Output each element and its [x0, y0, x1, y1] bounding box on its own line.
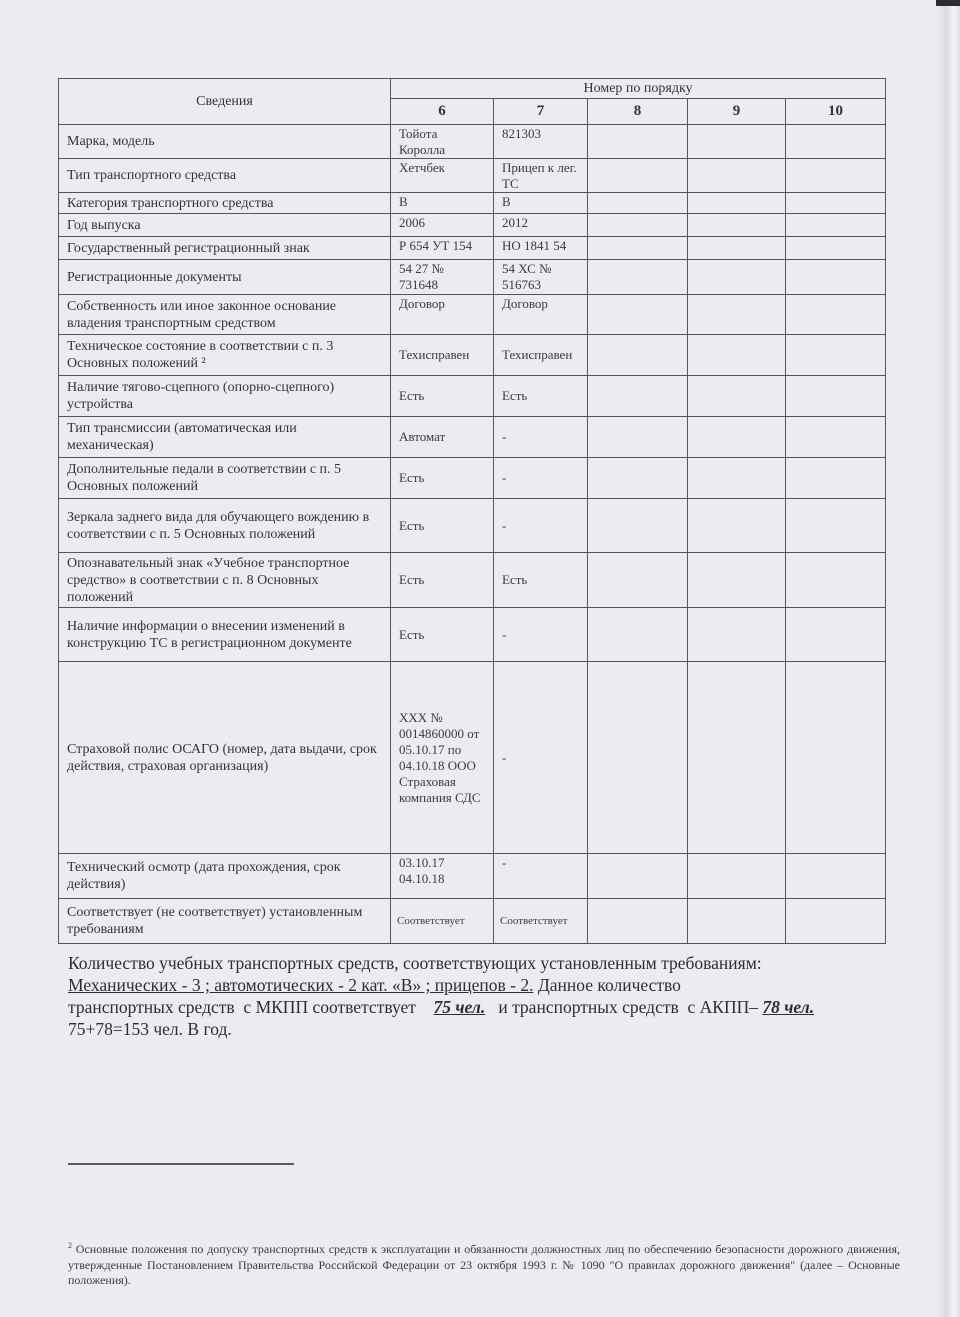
- summary-line-3b: и транспортных средств с АКПП–: [485, 997, 762, 1017]
- row-label: Наличие тягово-сцепного (опорно-сцепного…: [59, 376, 391, 417]
- table-row: Год выпуска20062012: [59, 214, 886, 237]
- summary-line-2: Механических - 3 ; автомотических - 2 ка…: [68, 974, 898, 996]
- cell-vehicle-9: [688, 159, 786, 193]
- cell-vehicle-10: [786, 237, 886, 260]
- cell-vehicle-8: [588, 553, 688, 608]
- cell-vehicle-10: [786, 854, 886, 899]
- cell-vehicle-9: [688, 499, 786, 553]
- cell-vehicle-8: [588, 260, 688, 295]
- table-row: Наличие тягово-сцепного (опорно-сцепного…: [59, 376, 886, 417]
- row-label: Соответствует (не соответствует) установ…: [59, 899, 391, 944]
- row-label: Собственность или иное законное основани…: [59, 295, 391, 335]
- cell-vehicle-10: [786, 260, 886, 295]
- summary-paragraph: Количество учебных транспортных средств,…: [68, 952, 898, 1040]
- header-number-8: 8: [588, 99, 688, 125]
- faint-stamp: [490, 1100, 640, 1111]
- cell-vehicle-7: -: [494, 499, 588, 553]
- cell-vehicle-9: [688, 662, 786, 854]
- row-label: Тип трансмиссии (автоматическая или меха…: [59, 417, 391, 458]
- cell-vehicle-7: 2012: [494, 214, 588, 237]
- cell-vehicle-7: НО 1841 54: [494, 237, 588, 260]
- cell-vehicle-7: Соответствует: [494, 899, 588, 944]
- cell-vehicle-9: [688, 376, 786, 417]
- cell-vehicle-7: -: [494, 854, 588, 899]
- cell-vehicle-6: Есть: [391, 499, 494, 553]
- cell-vehicle-8: [588, 335, 688, 376]
- summary-line-3a: транспортных средств с МКПП соответствуе…: [68, 997, 433, 1017]
- cell-vehicle-6: Договор: [391, 295, 494, 335]
- footnote-rule: [68, 1163, 294, 1165]
- row-label: Марка, модель: [59, 125, 391, 159]
- summary-line-4: 75+78=153 чел. В год.: [68, 1018, 898, 1040]
- row-label: Категория транспортного средства: [59, 193, 391, 214]
- summary-line-1: Количество учебных транспортных средств,…: [68, 952, 898, 974]
- cell-vehicle-7: Прицеп к лег. ТС: [494, 159, 588, 193]
- cell-vehicle-9: [688, 260, 786, 295]
- cell-vehicle-8: [588, 899, 688, 944]
- cell-vehicle-8: [588, 417, 688, 458]
- table-row: Тип транспортного средстваХетчбекПрицеп …: [59, 159, 886, 193]
- row-label: Опознавательный знак «Учебное транспортн…: [59, 553, 391, 608]
- cell-vehicle-10: [786, 553, 886, 608]
- cell-vehicle-10: [786, 608, 886, 662]
- cell-vehicle-6: Соответствует: [391, 899, 494, 944]
- cell-vehicle-9: [688, 417, 786, 458]
- cell-vehicle-8: [588, 193, 688, 214]
- row-label: Наличие информации о внесении изменений …: [59, 608, 391, 662]
- cell-vehicle-6: Автомат: [391, 417, 494, 458]
- cell-vehicle-6: 54 27 № 731648: [391, 260, 494, 295]
- header-svedeniya: Сведения: [59, 79, 391, 125]
- cell-vehicle-9: [688, 553, 786, 608]
- table-row: Государственный регистрационный знакР 65…: [59, 237, 886, 260]
- table-row: Опознавательный знак «Учебное транспортн…: [59, 553, 886, 608]
- cell-vehicle-6: Р 654 УТ 154: [391, 237, 494, 260]
- cell-vehicle-9: [688, 214, 786, 237]
- cell-vehicle-7: Техисправен: [494, 335, 588, 376]
- cell-vehicle-10: [786, 295, 886, 335]
- cell-vehicle-8: [588, 499, 688, 553]
- header-number-group: Номер по порядку: [391, 79, 886, 99]
- header-number-9: 9: [688, 99, 786, 125]
- cell-vehicle-6: Хетчбек: [391, 159, 494, 193]
- row-label: Год выпуска: [59, 214, 391, 237]
- row-label: Регистрационные документы: [59, 260, 391, 295]
- table-row: Техническое состояние в соответствии с п…: [59, 335, 886, 376]
- table-row: Наличие информации о внесении изменений …: [59, 608, 886, 662]
- cell-vehicle-9: [688, 854, 786, 899]
- cell-vehicle-10: [786, 193, 886, 214]
- row-label: Техническое состояние в соответствии с п…: [59, 335, 391, 376]
- header-number-6: 6: [391, 99, 494, 125]
- cell-vehicle-9: [688, 335, 786, 376]
- cell-vehicle-10: [786, 899, 886, 944]
- cell-vehicle-6: ХХХ № 0014860000 от 05.10.17 по 04.10.18…: [391, 662, 494, 854]
- row-label: Зеркала заднего вида для обучающего вожд…: [59, 499, 391, 553]
- table-row: Страховой полис ОСАГО (номер, дата выдач…: [59, 662, 886, 854]
- summary-line-3: транспортных средств с МКПП соответствуе…: [68, 996, 898, 1018]
- cell-vehicle-8: [588, 376, 688, 417]
- cell-vehicle-9: [688, 295, 786, 335]
- table-row: Регистрационные документы54 27 № 7316485…: [59, 260, 886, 295]
- cell-vehicle-7: -: [494, 458, 588, 499]
- cell-vehicle-8: [588, 125, 688, 159]
- cell-vehicle-8: [588, 237, 688, 260]
- cell-vehicle-8: [588, 214, 688, 237]
- cell-vehicle-10: [786, 662, 886, 854]
- cell-vehicle-8: [588, 159, 688, 193]
- summary-line-2-rest: Данное количество: [533, 975, 680, 995]
- cell-vehicle-9: [688, 458, 786, 499]
- cell-vehicle-7: Есть: [494, 553, 588, 608]
- cell-vehicle-7: Договор: [494, 295, 588, 335]
- table-row: Соответствует (не соответствует) установ…: [59, 899, 886, 944]
- table-row: Зеркала заднего вида для обучающего вожд…: [59, 499, 886, 553]
- vehicle-counts: Механических - 3 ; автомотических - 2 ка…: [68, 975, 533, 995]
- cell-vehicle-7: 821303: [494, 125, 588, 159]
- cell-vehicle-7: 54 ХС № 516763: [494, 260, 588, 295]
- cell-vehicle-9: [688, 237, 786, 260]
- footnote-text: Основные положения по допуску транспортн…: [68, 1242, 900, 1287]
- header-number-10: 10: [786, 99, 886, 125]
- cell-vehicle-10: [786, 159, 886, 193]
- table-row: Собственность или иное законное основани…: [59, 295, 886, 335]
- cell-vehicle-10: [786, 335, 886, 376]
- row-label: Тип транспортного средства: [59, 159, 391, 193]
- cell-vehicle-7: -: [494, 608, 588, 662]
- cell-vehicle-6: 2006: [391, 214, 494, 237]
- cell-vehicle-7: В: [494, 193, 588, 214]
- table-row: Дополнительные педали в соответствии с п…: [59, 458, 886, 499]
- cell-vehicle-10: [786, 376, 886, 417]
- cell-vehicle-8: [588, 458, 688, 499]
- cell-vehicle-7: -: [494, 417, 588, 458]
- row-label: Технический осмотр (дата прохождения, ср…: [59, 854, 391, 899]
- cell-vehicle-9: [688, 899, 786, 944]
- cell-vehicle-7: -: [494, 662, 588, 854]
- cell-vehicle-8: [588, 854, 688, 899]
- table-row: Технический осмотр (дата прохождения, ср…: [59, 854, 886, 899]
- row-label: Государственный регистрационный знак: [59, 237, 391, 260]
- cell-vehicle-6: В: [391, 193, 494, 214]
- cell-vehicle-10: [786, 214, 886, 237]
- cell-vehicle-8: [588, 608, 688, 662]
- cell-vehicle-10: [786, 458, 886, 499]
- table-row: Марка, модельТойота Королла821303: [59, 125, 886, 159]
- mkpp-count: 75 чел.: [433, 997, 485, 1017]
- cell-vehicle-9: [688, 608, 786, 662]
- row-label: Дополнительные педали в соответствии с п…: [59, 458, 391, 499]
- footnote: 2 Основные положения по допуску транспор…: [68, 1238, 900, 1289]
- cell-vehicle-6: Есть: [391, 608, 494, 662]
- cell-vehicle-8: [588, 295, 688, 335]
- page-edge-dark-corner: [936, 0, 960, 6]
- cell-vehicle-6: Тойота Королла: [391, 125, 494, 159]
- row-label: Страховой полис ОСАГО (номер, дата выдач…: [59, 662, 391, 854]
- cell-vehicle-10: [786, 417, 886, 458]
- cell-vehicle-10: [786, 125, 886, 159]
- table-row: Тип трансмиссии (автоматическая или меха…: [59, 417, 886, 458]
- cell-vehicle-7: Есть: [494, 376, 588, 417]
- cell-vehicle-6: Техисправен: [391, 335, 494, 376]
- cell-vehicle-6: 03.10.17 04.10.18: [391, 854, 494, 899]
- cell-vehicle-6: Есть: [391, 553, 494, 608]
- cell-vehicle-9: [688, 125, 786, 159]
- cell-vehicle-8: [588, 662, 688, 854]
- cell-vehicle-6: Есть: [391, 458, 494, 499]
- page-edge-shadow: [938, 0, 960, 1317]
- cell-vehicle-6: Есть: [391, 376, 494, 417]
- cell-vehicle-9: [688, 193, 786, 214]
- akpp-count: 78 чел.: [762, 997, 814, 1017]
- table-row: Категория транспортного средстваВВ: [59, 193, 886, 214]
- header-number-7: 7: [494, 99, 588, 125]
- cell-vehicle-10: [786, 499, 886, 553]
- vehicle-info-table: Сведения Номер по порядку 678910 Марка, …: [58, 78, 886, 944]
